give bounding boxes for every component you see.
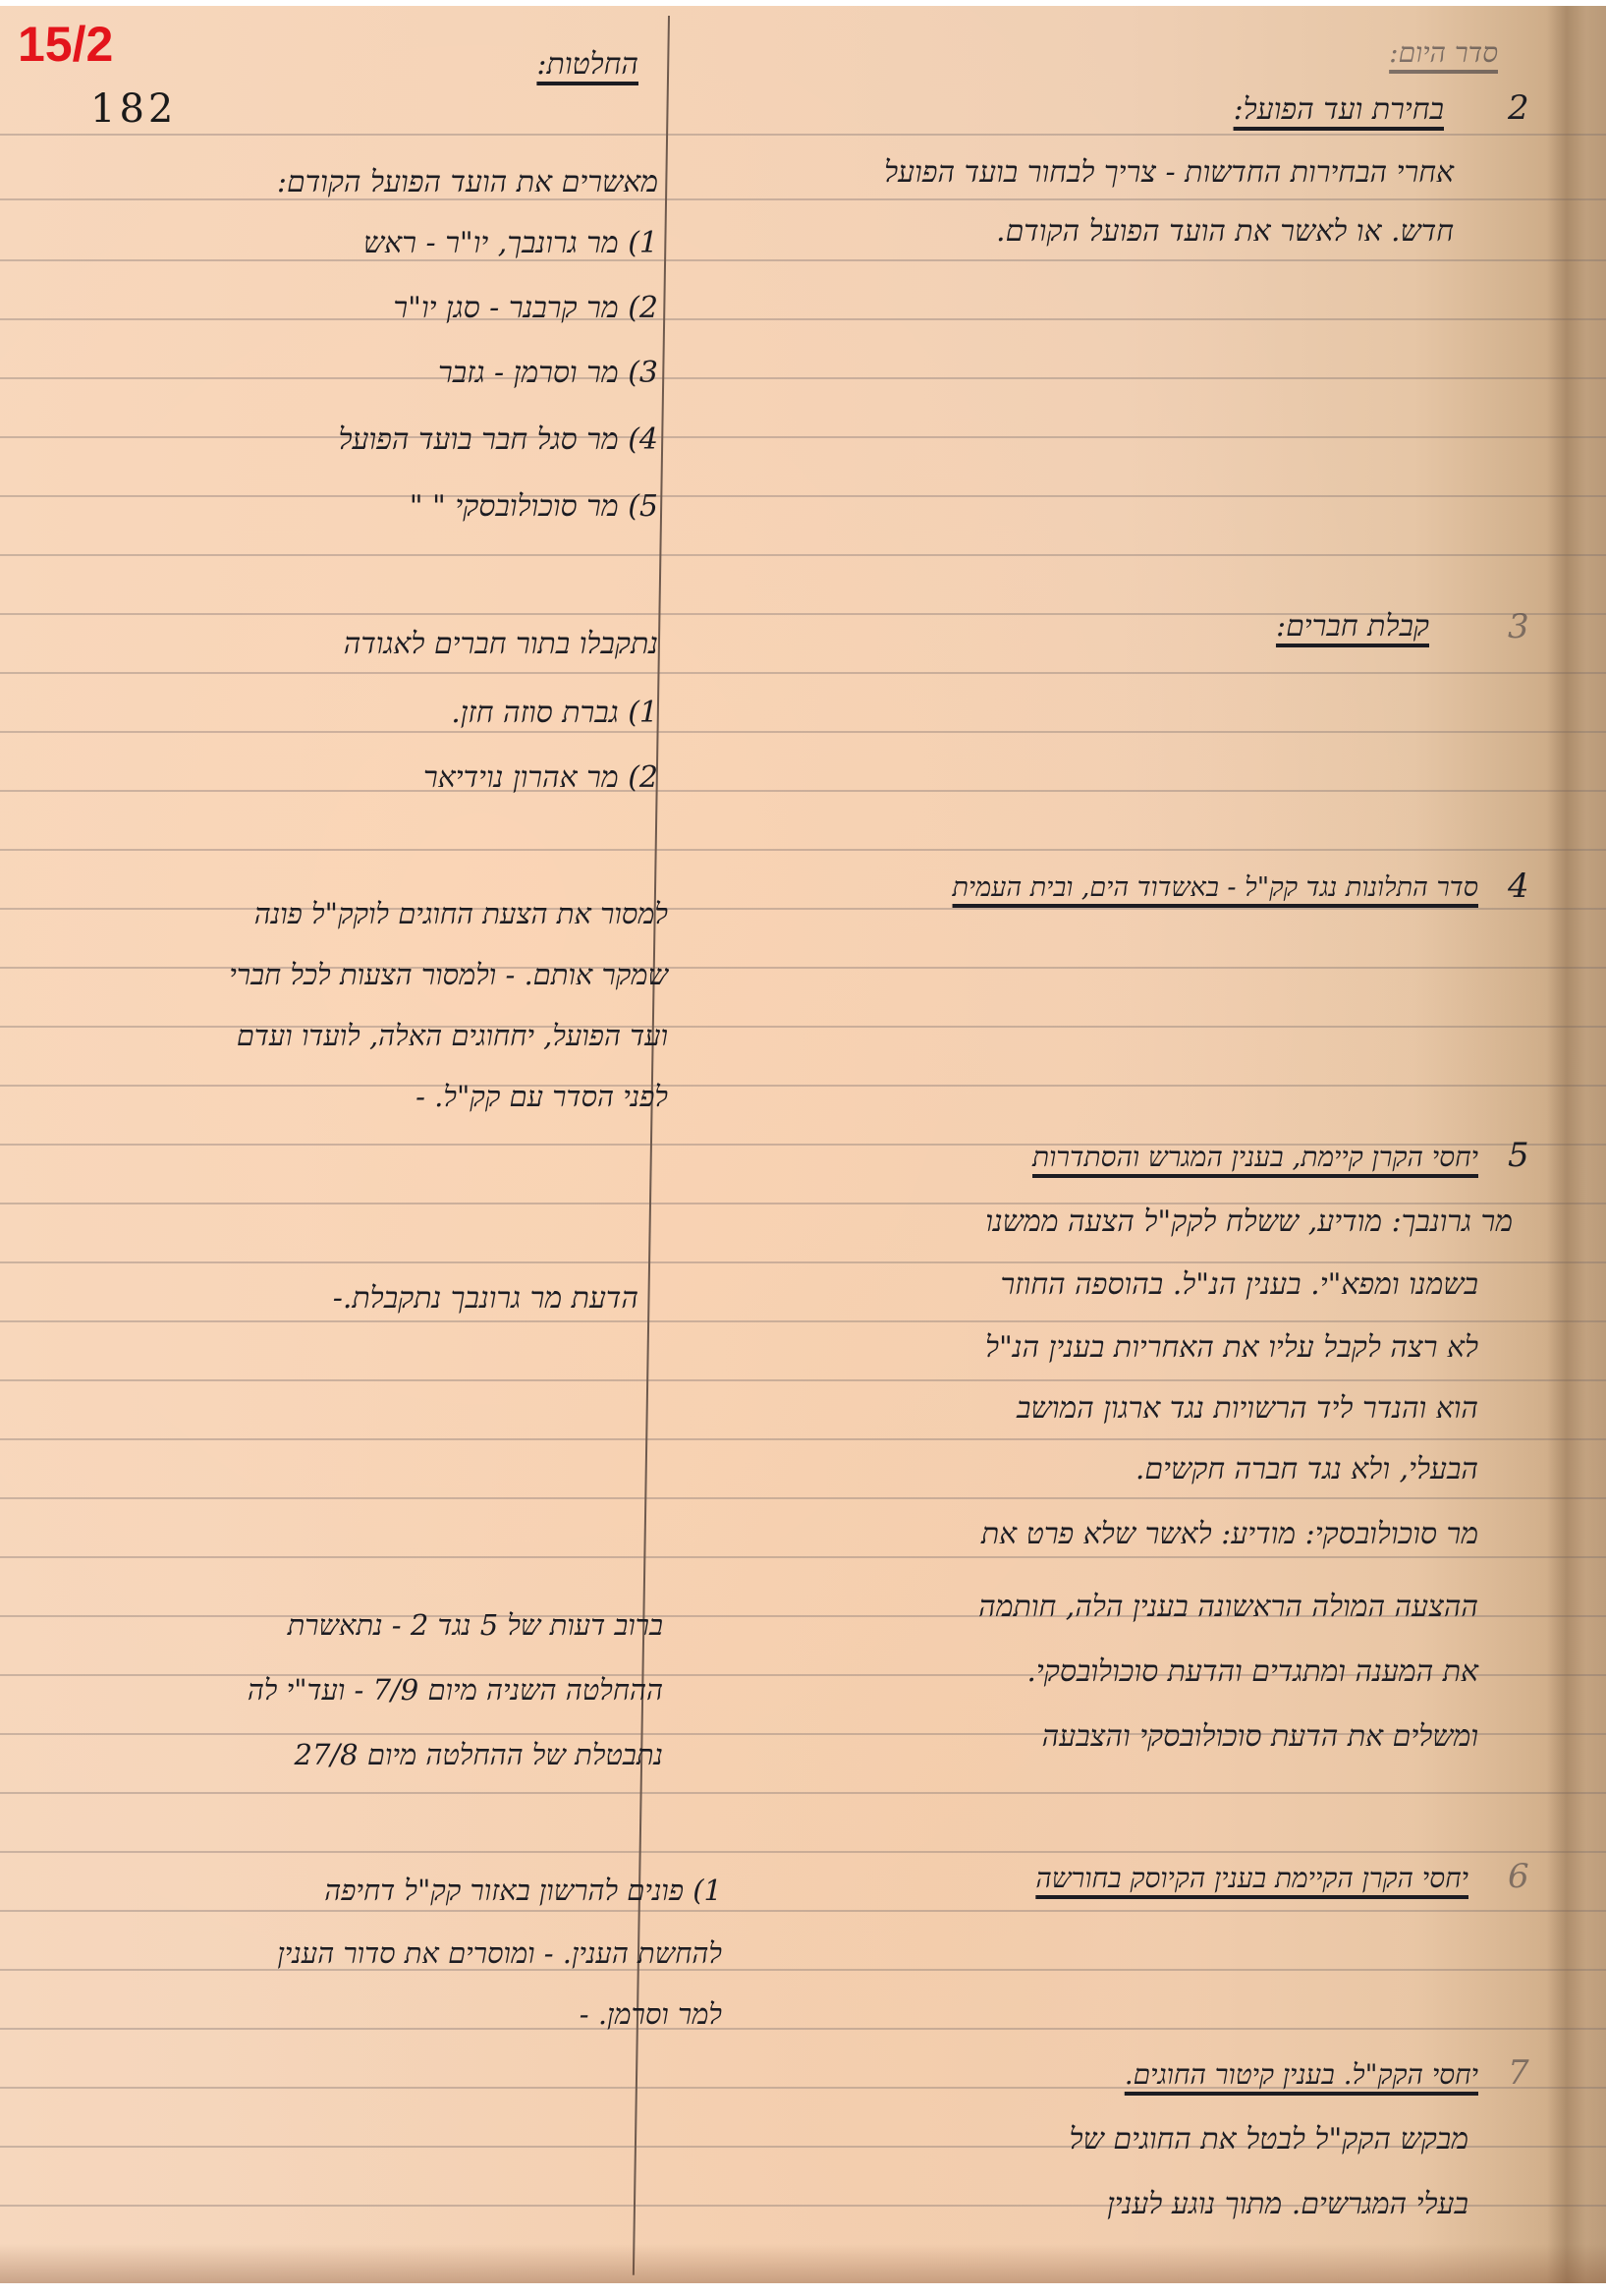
decision-line: ההחלטה השניה מיום 7/9 - ועד"י לה <box>248 1670 663 1709</box>
decision-line: הדעת מר גרונבך נתקבלת.- <box>333 1279 638 1318</box>
ruled-line <box>0 1085 1606 1087</box>
ruled-line <box>0 318 1606 320</box>
ruled-line <box>0 1261 1606 1263</box>
ruled-line <box>0 1910 1606 1912</box>
agenda-item-title: יחסי הקרן הקיימת בענין הקיוסק בחורשה <box>1035 1859 1468 1898</box>
ruled-line <box>0 1438 1606 1440</box>
agenda-item-line: ומשלים את הדעת סוכולובסקי והצבעה <box>1042 1717 1478 1757</box>
decision-line: 1) מר גרונבך, יו"ר - ראש <box>363 224 658 263</box>
ruled-line <box>0 1379 1606 1381</box>
ruled-line <box>0 198 1606 200</box>
ruled-line <box>0 1792 1606 1794</box>
agenda-item-line: בעלי המגרשים. מתוך נוגע לענין <box>1107 2185 1468 2224</box>
decisions-heading: החלטות: <box>536 45 638 84</box>
agenda-item-number: 2 <box>1508 88 1529 128</box>
page-number: 182 <box>90 86 177 132</box>
ruled-line <box>0 495 1606 497</box>
ruled-line <box>0 554 1606 556</box>
decision-line: להחשת הענין. - ומוסרים את סדור הענין <box>277 1933 722 1973</box>
decision-line: 2) מר קרבנר - סגן יו"ר <box>393 289 658 328</box>
ruled-line <box>0 849 1606 851</box>
agenda-item-number: 6 <box>1508 1857 1529 1896</box>
decision-line: 4) מר סגל חבר בועד הפועל <box>338 420 658 460</box>
decision-line: ברוב דעות של 5 נגד 2 - נתאשרת <box>288 1605 663 1645</box>
agenda-heading: סדר היום: <box>1389 33 1498 73</box>
decision-line: 5) מר סוכולובסקי " " <box>410 487 658 527</box>
agenda-item-number: 4 <box>1508 867 1529 906</box>
agenda-item-line: מבקש הקק"ל לבטל את החוגים של <box>1070 2120 1468 2159</box>
decision-line: 3) מר וסרמן - גזבר <box>438 354 658 393</box>
agenda-item-line: הבעלי, ולא נגד חברה חקשים. <box>1135 1450 1478 1489</box>
agenda-item-number: 3 <box>1508 607 1529 646</box>
agenda-item-line: אחרי הבחירות החדשות - צריך לבחור בועד הפ… <box>884 153 1454 193</box>
ruled-line <box>0 672 1606 674</box>
agenda-item-line: הוא והנדר ליד הרשויות נגד ארגון המושב <box>1017 1389 1478 1428</box>
agenda-item-title: בחירת ועד הפועל: <box>1234 90 1444 130</box>
ruled-line <box>0 1320 1606 1322</box>
decision-line: לפני הסדר עם קק"ל. - <box>415 1077 668 1116</box>
agenda-item-line: ההצעה המולה הראשונה בענין הלה, חותמה <box>978 1588 1478 1627</box>
agenda-item-number: 7 <box>1508 2053 1529 2093</box>
agenda-item-title: יחסי הקק"ל. בענין קיטור החוגים. <box>1125 2055 1478 2095</box>
ruled-line <box>0 790 1606 792</box>
decision-line: ועד הפועל, יחחוגים האלה, לועדו ועדם <box>237 1016 668 1055</box>
decision-line: למסור את הצעת החוגים לוקק"ל פונה <box>254 894 668 933</box>
binding-spine <box>1547 6 1586 2283</box>
ruled-line <box>0 1497 1606 1499</box>
ruled-line <box>0 134 1606 136</box>
agenda-item-line: בשמנו ומפא"י. בענין הנ"ל. בהוספה החוזר <box>1000 1265 1478 1305</box>
ruled-line <box>0 377 1606 379</box>
agenda-item-line: את המענה ומתגדים והדעת סוכולובסקי. <box>1026 1652 1478 1692</box>
ledger-page: 15/2 182 סדר היום: 2 בחירת ועד הפועל: אח… <box>0 6 1606 2283</box>
corner-label: 15/2 <box>18 16 113 73</box>
agenda-item-title: סדר התלונות נגד קק"ל - באשדוד הים, ובית … <box>953 868 1478 908</box>
agenda-item-line: מר גרונבך: מודיע, ששלח לקק"ל הצעה ממשנו <box>985 1203 1513 1242</box>
decision-line: נתקבלו בתור חברים לאגודה <box>344 625 658 664</box>
agenda-item-title: קבלת חברים: <box>1276 607 1429 646</box>
decision-line: למר וסרמן. - <box>580 1994 722 2034</box>
agenda-item-number: 5 <box>1508 1136 1529 1175</box>
decision-line: 1) פונים להרשון באזור קק"ל דחיפה <box>324 1871 722 1910</box>
decision-line: 1) גברת סוזה חזן. <box>451 694 658 733</box>
decision-line: שמקר אותם. - ולמסור הצעות לכל חברי <box>229 955 668 994</box>
ruled-line <box>0 1851 1606 1853</box>
agenda-item-line: מר סוכולובסקי: מודיע: לאשר שלא פרט את <box>981 1515 1478 1554</box>
ruled-line <box>0 1556 1606 1558</box>
agenda-item-line: חדש. או לאשר את הועד הפועל הקודם. <box>996 212 1454 252</box>
decision-line: מאשרים את הועד הפועל הקודם: <box>277 163 658 202</box>
ruled-line <box>0 436 1606 438</box>
agenda-item-title: יחסי הקרן קיימת, בענין המגרש והסתדרות <box>1032 1138 1478 1177</box>
decision-line: 2) מר אהרון נוידיאר <box>423 758 658 798</box>
ruled-line <box>0 2028 1606 2030</box>
ruled-line <box>0 731 1606 733</box>
ruled-line <box>0 908 1606 910</box>
agenda-item-line: לא רצה לקבל עליו את האחריות בענין הנ"ל <box>985 1328 1478 1368</box>
ruled-line <box>0 1969 1606 1971</box>
ruled-line <box>0 259 1606 261</box>
decision-line: נתבטלת של ההחלטה מיום 27/8 <box>295 1735 664 1774</box>
